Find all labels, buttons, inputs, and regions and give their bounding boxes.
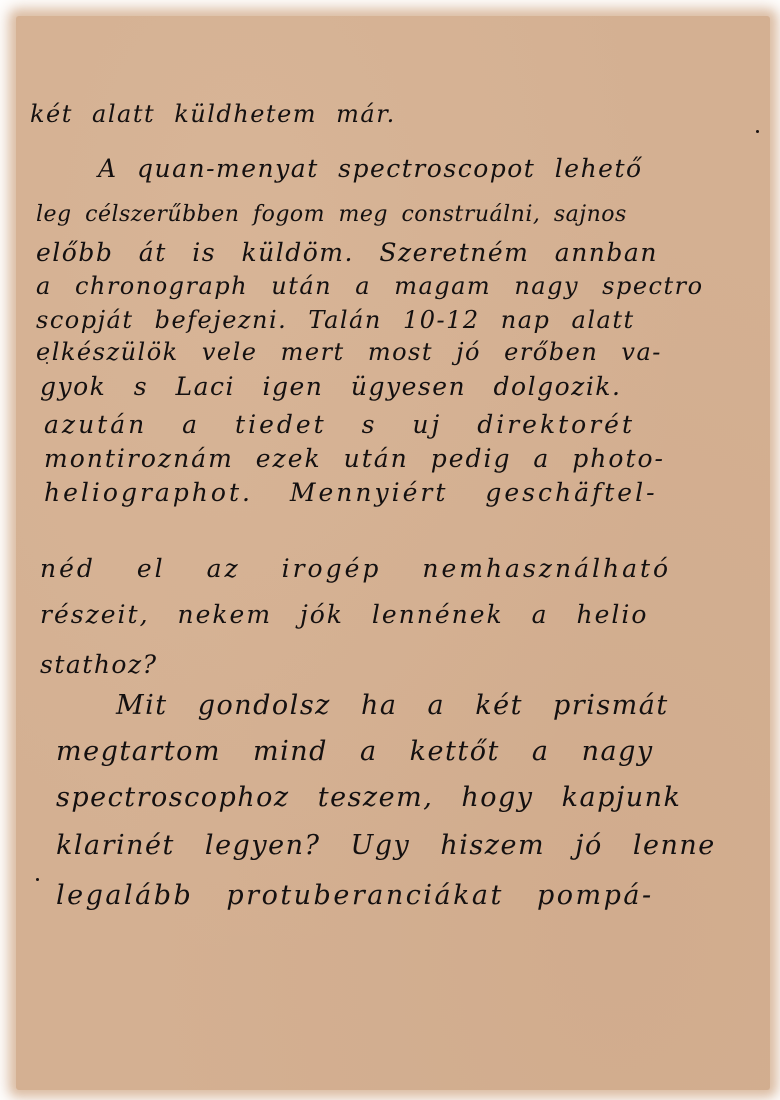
letter-line-14: stathoz? [40,652,158,677]
letter-line-10: montiroznám ezek után pedig a photo- [44,446,665,471]
letter-line-3: leg célszerűbben fogom meg construálni, … [36,204,627,226]
letter-line-19: legalább protuberanciákat pompá- [56,882,654,909]
letter-line-7: elkészülök vele mert most jó erőben va- [36,340,662,364]
letter-line-13: részeit, nekem jók lennének a helio [40,602,648,627]
ink-speck [36,878,39,881]
letter-line-17: spectroscophoz teszem, hogy kapjunk [56,784,681,811]
letter-line-12: néd el az irogép nemhasználható [40,556,671,581]
letter-line-1: két alatt küldhetem már. [30,102,396,126]
letter-page: két alatt küldhetem már. A quan-menyat s… [16,16,770,1090]
letter-line-16: megtartom mind a kettőt a nagy [56,738,654,765]
letter-line-4: előbb át is küldöm. Szeretném annban [36,240,658,265]
ink-speck [756,130,759,133]
letter-line-11: heliographot. Mennyiért geschäftel- [44,480,658,505]
letter-line-18: klarinét legyen? Ugy hiszem jó lenne [56,832,716,859]
letter-line-15: Mit gondolsz ha a két prismát [116,692,669,719]
ink-speck [46,362,48,364]
letter-line-2: A quan-menyat spectroscopot lehető [98,156,643,181]
letter-line-9: azután a tiedet s uj direktorét [44,412,635,437]
letter-line-5: a chronograph után a magam nagy spectro [36,274,704,298]
letter-line-8: gyok s Laci igen ügyesen dolgozik. [40,374,621,399]
letter-line-6: scopját befejezni. Talán 10-12 nap alatt [36,308,635,332]
